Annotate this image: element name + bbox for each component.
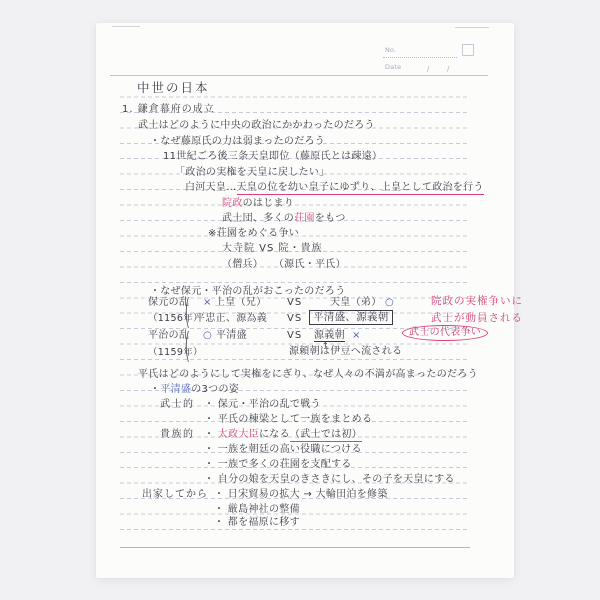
vs-text: VS (287, 296, 302, 310)
heiji-year: （1159年） (148, 346, 203, 360)
red-oval-annotation: 武士の代表争い (402, 326, 488, 340)
vs-text: VS (287, 329, 302, 343)
no-label: No. (385, 43, 396, 57)
date-tick: / (447, 62, 450, 76)
note-line: 大寺院 VS 院・貴族 (222, 242, 323, 256)
o-mark: ○ (385, 296, 394, 310)
page-title: 中世の日本 (137, 81, 210, 95)
yoshitomo-underlined: 源義朝 (314, 329, 345, 343)
category-label: 武士的 (160, 398, 195, 412)
page-edge-mark (455, 27, 489, 28)
shoen-red-term: 荘園 (294, 213, 315, 224)
insei-rest: のはじまり (243, 198, 295, 209)
note-line: ・ 平氏の棟梁として一族をまとめる (204, 413, 372, 427)
bullet-dot: ・ (150, 384, 160, 395)
sugata-rest: の3つの姿 (191, 384, 239, 395)
date-label: Date (385, 60, 401, 74)
note-line: 武士団、多くの荘園をもつ (222, 212, 346, 226)
bullet-dot: ・ (204, 429, 214, 440)
header-rule-line (110, 75, 488, 76)
note-line: ・ 保元・平治の乱で戦う (204, 398, 321, 412)
note-line: 「政治の実権を天皇に戻したい」 (175, 166, 330, 180)
boxed-term: 平清盛、源義朝 (309, 310, 393, 324)
kiyomori-yoshitomo-boxed: 平清盛、源義朝 (309, 310, 393, 325)
brace-mark: ( (184, 328, 190, 364)
tadamasa-text: 平忠正、源為義 (195, 312, 267, 326)
kiyomori-text: 平清盛 (216, 329, 247, 343)
page-edge-mark (112, 26, 140, 27)
note-line: ・ 太政大臣になる（武士では初） (204, 428, 362, 442)
question-line: 平氏はどのようにして実権をにぎり、なぜ人々の不満が高まったのだろう (138, 368, 478, 382)
note-line: ・ 一族を朝廷の高い役職につける (204, 443, 362, 457)
red-underlined-paren: （武士では初） (290, 429, 362, 442)
notebook-page: No. Date / / 中世の日本 1. 鎌倉幕府の成立 武士はどのように中央… (96, 23, 514, 578)
red-underlined-text: 天皇の位を幼い皇子にゆずり、上皇として政治を行う (237, 182, 484, 195)
bottom-rule-line (120, 547, 470, 548)
note-line: ・平清盛の3つの姿 (150, 383, 239, 397)
bushidan-post: をもつ (315, 213, 346, 224)
note-line: ・ 自分の娘を天皇のきさきにし、その子を天皇にする (204, 473, 455, 487)
note-line: 11世紀ごろ後三条天皇即位（藤原氏とは疎遠） (163, 150, 382, 164)
x-mark: × (203, 296, 212, 310)
note-line: ・なぜ藤原氏の力は弱まったのだろう (150, 135, 325, 149)
note-line: ※荘園をめぐる争い (208, 227, 299, 241)
vs-text: VS (287, 312, 302, 326)
tenno-text: 天皇（弟） (330, 296, 382, 310)
note-line: 白河天皇…天皇の位を幼い皇子にゆずり、上皇として政治を行う (185, 181, 484, 195)
category-label: 貴族的 (160, 428, 195, 442)
question-line: 武士はどのように中央の政治にかかわったのだろう (138, 119, 375, 133)
note-line: ・ 厳島神社の整備 (214, 503, 300, 517)
note-line: ・ 一族で多くの荘園を支配する (204, 458, 352, 472)
daijodaijin-red-term: 太政大臣 (218, 429, 259, 440)
red-annotation: 院政の実権争いに (431, 294, 523, 308)
shirakawa-prefix: 白河天皇… (185, 182, 237, 193)
note-line: （僧兵） （源氏・平氏） (222, 258, 346, 272)
section-heading: 1. 鎌倉幕府の成立 (122, 103, 215, 117)
note-line: 院政のはじまり (222, 197, 294, 211)
joko-text: 上皇（兄） (215, 296, 267, 310)
kiyomori-blue-term: 平清盛 (160, 384, 191, 395)
no-field-line (383, 56, 457, 58)
note-line: ・ 日宋貿易の拡大 → 大輪田泊を修築 (214, 488, 388, 502)
insei-red-term: 院政 (222, 198, 243, 209)
category-label: 出家してから (142, 488, 208, 502)
daijo-mid: になる (259, 429, 290, 440)
o-mark: ○ (203, 329, 212, 343)
date-tick: / (427, 62, 430, 76)
x-mark: × (352, 329, 361, 343)
yoritomo-line: 源頼朝は伊豆へ流される (289, 345, 402, 359)
note-line: ・ 都を福原に移す (214, 516, 300, 530)
bushidan-pre: 武士団、多くの (222, 213, 294, 224)
red-annotation: 武士が動員される (431, 311, 523, 325)
header-checkbox (462, 44, 474, 56)
